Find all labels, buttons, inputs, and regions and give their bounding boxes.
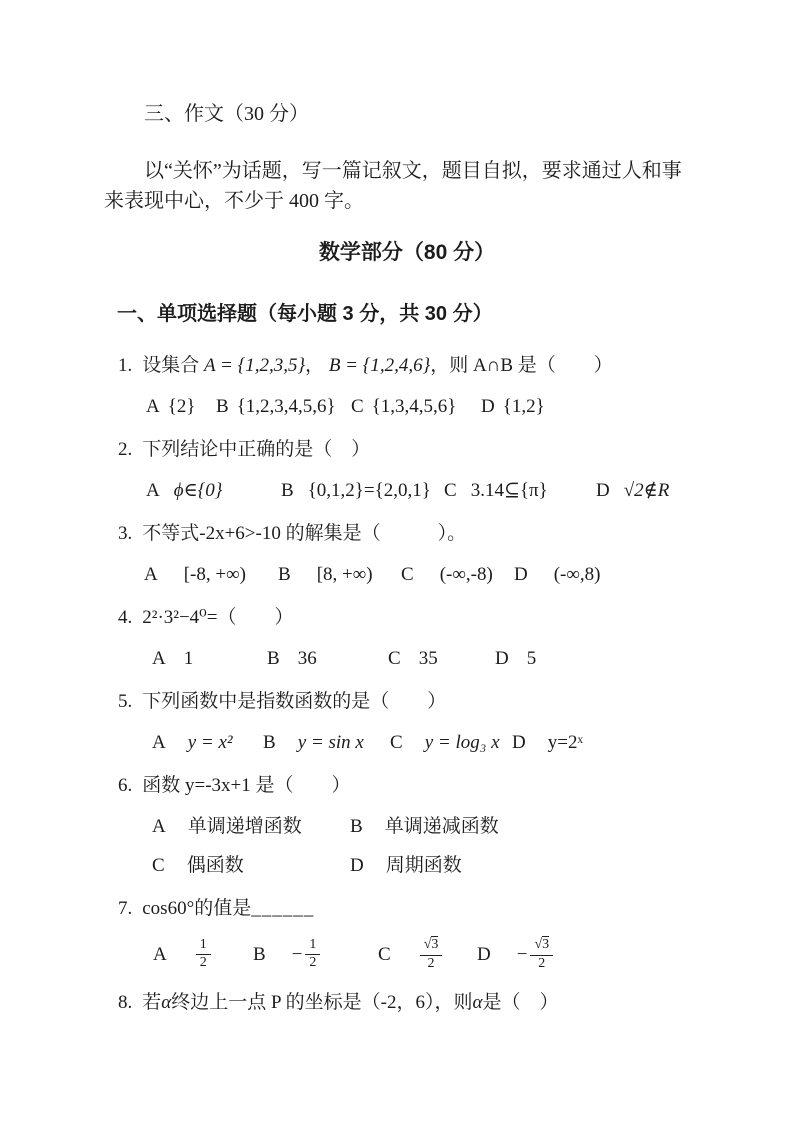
option-value: 5 (527, 645, 537, 672)
question-5-stem: 下列函数中是指数函数的是（ ） (142, 691, 446, 712)
question-1-option-a: A{2} (146, 393, 216, 420)
fraction-numerator: 1 (200, 937, 207, 954)
question-4-text: 4.2²·3²−4⁰=（ ） (118, 604, 710, 631)
question-5-option-d: Dy=2ˣ (512, 729, 583, 756)
question-5-number: 5. (118, 691, 132, 712)
question-5-option-a: Ay = x² (152, 729, 263, 756)
fraction: 12 (196, 937, 211, 973)
question-7-expression: cos60° (142, 898, 194, 919)
option-label: A (152, 645, 166, 672)
question-1: 1.设集合 A = {1,2,3,5}， B = {1,2,4,6}，则 A∩B… (118, 352, 710, 420)
question-6-options-row-2: C偶函数 D周期函数 (152, 852, 710, 879)
question-4-options: A1 B36 C35 D5 (152, 645, 710, 672)
fraction-denominator: 2 (200, 955, 207, 972)
exam-document-page: 三、作文（30 分） 以“关怀”为话题，写一篇记叙文，题目自拟，要求通过人和事 … (0, 0, 800, 1131)
question-8-post: 是（ ） (482, 992, 558, 1013)
question-5-text: 5.下列函数中是指数函数的是（ ） (118, 688, 710, 715)
question-7-post: 的值是 (194, 898, 251, 919)
multiple-choice-section-heading: 一、单项选择题（每小题 3 分，共 30 分） (117, 300, 710, 328)
option-value: y = x² (188, 729, 233, 756)
question-4-number: 4. (118, 607, 132, 628)
question-6-pre: 函数 (142, 775, 180, 796)
option-label: B (350, 813, 363, 840)
option-value: (-∞,8) (554, 561, 601, 588)
option-label: B (216, 393, 229, 420)
question-3-option-d: D(-∞,8) (514, 561, 601, 588)
question-4: 4.2²·3²−4⁰=（ ） A1 B36 C35 D5 (118, 604, 710, 672)
fraction: 12 (305, 937, 320, 973)
option-value: [8, +∞) (317, 561, 373, 588)
question-1-option-b: B{1,2,3,4,5,6} (216, 393, 351, 420)
option-value: {2} (168, 393, 196, 420)
question-1-set-a: A = {1,2,3,5} (204, 355, 305, 376)
question-5: 5.下列函数中是指数函数的是（ ） Ay = x² By = sin x Cy … (118, 688, 710, 756)
question-1-text: 1.设集合 A = {1,2,3,5}， B = {1,2,4,6}，则 A∩B… (118, 352, 710, 379)
option-value: 单调递减函数 (385, 813, 499, 840)
essay-prompt-line-2: 来表现中心，不少于 400 字。 (104, 186, 710, 216)
essay-prompt-paragraph: 以“关怀”为话题，写一篇记叙文，题目自拟，要求通过人和事 来表现中心，不少于 4… (104, 156, 710, 216)
option-value: {1,2} (503, 393, 545, 420)
fraction-sign: − (517, 941, 528, 968)
option-value: y=2ˣ (548, 729, 583, 756)
option-value: {0,1,2}={2,0,1} (308, 477, 431, 504)
option-label: D (512, 729, 526, 756)
option-value: 单调递增函数 (188, 813, 302, 840)
option-value: 周期函数 (386, 852, 462, 879)
question-8-number: 8. (118, 992, 132, 1013)
fraction: √32 (420, 936, 443, 973)
sqrt-symbol: √ (534, 937, 542, 954)
option-label: A (144, 561, 158, 588)
option-value: 1 (184, 645, 194, 672)
question-6-options-row-1: A单调递增函数 B单调递减函数 (152, 813, 710, 840)
question-2-number: 2. (118, 439, 132, 460)
option-label: C (378, 941, 391, 968)
question-6-option-a: A单调递增函数 (152, 813, 350, 840)
question-1-post: ，则 A∩B 是（ ） (430, 355, 613, 376)
question-4-option-a: A1 (152, 645, 267, 672)
question-8: 8.若α终边上一点 P 的坐标是（-2，6），则α是（ ） (118, 989, 710, 1016)
option-label: D (596, 477, 610, 504)
question-7-option-d: D−√32 (477, 936, 553, 973)
question-3-options: A[-8, +∞) B[8, +∞) C(-∞,-8) D(-∞,8) (144, 561, 710, 588)
option-label: A (153, 941, 167, 968)
question-5-options: Ay = x² By = sin x Cy = log₃ x Dy=2ˣ (152, 729, 710, 756)
question-3-option-c: C(-∞,-8) (401, 561, 514, 588)
question-4-expression: 2²·3²−4⁰= (142, 607, 217, 628)
option-label: C (152, 852, 165, 879)
option-value: √2∉R (624, 477, 670, 504)
question-2-option-d: D√2∉R (596, 477, 669, 504)
math-section-title: 数学部分（80 分） (104, 238, 710, 268)
option-label: A (146, 393, 160, 420)
question-6-option-d: D周期函数 (350, 852, 462, 879)
question-4-option-d: D5 (495, 645, 536, 672)
question-6: 6.函数 y=-3x+1 是（ ） A单调递增函数 B单调递减函数 C偶函数 D… (118, 772, 710, 879)
option-label: B (253, 941, 266, 968)
question-7-option-b: B−12 (253, 937, 378, 973)
question-1-sep: ， (305, 355, 324, 376)
option-value: {1,3,4,5,6} (372, 393, 457, 420)
option-value: 36 (298, 645, 317, 672)
fraction-numerator: 1 (309, 937, 316, 954)
question-2-options: Aϕ∈{0} B{0,1,2}={2,0,1} C3.14⊆{π} D√2∉R (146, 477, 710, 504)
question-3-text: 3.不等式-2x+6>-10 的解集是（ ）。 (118, 520, 710, 547)
question-3-stem: 不等式-2x+6>-10 的解集是（ ）。 (142, 523, 466, 544)
question-1-set-b: B = {1,2,4,6} (329, 355, 430, 376)
option-label: C (401, 561, 414, 588)
fraction-numerator: 3 (542, 936, 549, 954)
question-8-alpha: α (472, 992, 482, 1013)
question-1-number: 1. (118, 355, 132, 376)
question-7-answer-blank: ______ (251, 898, 314, 919)
fraction-denominator: 2 (538, 956, 545, 973)
question-4-option-c: C35 (388, 645, 495, 672)
option-label: D (350, 852, 364, 879)
question-6-text: 6.函数 y=-3x+1 是（ ） (118, 772, 710, 799)
question-2-option-c: C3.14⊆{π} (444, 477, 596, 504)
question-6-number: 6. (118, 775, 132, 796)
option-value: 35 (419, 645, 438, 672)
question-6-post: 是（ ） (256, 775, 351, 796)
question-2-option-b: B{0,1,2}={2,0,1} (281, 477, 444, 504)
fraction: √32 (530, 936, 553, 973)
option-label: C (388, 645, 401, 672)
option-value: {1,2,3,4,5,6} (237, 393, 336, 420)
option-label: C (390, 729, 403, 756)
option-value: ϕ∈{0} (174, 477, 223, 504)
question-6-expression: y=-3x+1 (185, 775, 251, 796)
question-7-option-a: A12 (153, 937, 253, 973)
question-8-alpha: α (161, 992, 171, 1013)
question-2: 2.下列结论中正确的是（ ） Aϕ∈{0} B{0,1,2}={2,0,1} C… (118, 436, 710, 504)
fraction-sign: − (292, 941, 303, 968)
fraction-numerator: 3 (431, 936, 438, 954)
option-label: D (495, 645, 509, 672)
question-7-option-c: C√32 (378, 936, 477, 973)
option-value: 3.14⊆{π} (471, 477, 548, 504)
essay-section-heading: 三、作文（30 分） (144, 100, 710, 128)
sqrt-symbol: √ (424, 937, 432, 954)
question-7: 7.cos60°的值是______ A12 B−12 C√32 D−√32 (118, 895, 710, 973)
question-8-pre: 若 (142, 992, 161, 1013)
question-7-text: 7.cos60°的值是______ (118, 895, 710, 922)
question-2-option-a: Aϕ∈{0} (146, 477, 281, 504)
question-7-number: 7. (118, 898, 132, 919)
question-2-stem: 下列结论中正确的是（ ） (142, 439, 370, 460)
option-value: y = log₃ x (425, 729, 500, 756)
fraction-denominator: 2 (309, 955, 316, 972)
question-4-answer-paren: （ ） (218, 607, 294, 628)
option-label: C (444, 477, 457, 504)
option-label: D (477, 941, 491, 968)
option-label: A (146, 477, 160, 504)
option-value: 偶函数 (187, 852, 244, 879)
option-label: A (152, 813, 166, 840)
essay-prompt-line-1: 以“关怀”为话题，写一篇记叙文，题目自拟，要求通过人和事 (104, 156, 710, 186)
question-1-options: A{2} B{1,2,3,4,5,6} C{1,3,4,5,6} D{1,2} (146, 393, 710, 420)
question-1-option-d: D{1,2} (481, 393, 545, 420)
option-value: y = sin x (298, 729, 364, 756)
question-3-option-a: A[-8, +∞) (144, 561, 278, 588)
option-label: B (278, 561, 291, 588)
question-4-option-b: B36 (267, 645, 388, 672)
option-label: D (514, 561, 528, 588)
question-1-pre: 设集合 (142, 355, 199, 376)
question-6-option-c: C偶函数 (152, 852, 350, 879)
option-value: (-∞,-8) (440, 561, 493, 588)
fraction-denominator: 2 (428, 956, 435, 973)
option-label: A (152, 729, 166, 756)
option-label: B (267, 645, 280, 672)
question-3-option-b: B[8, +∞) (278, 561, 401, 588)
question-7-options: A12 B−12 C√32 D−√32 (153, 936, 710, 973)
question-2-text: 2.下列结论中正确的是（ ） (118, 436, 710, 463)
option-label: D (481, 393, 495, 420)
option-label: C (351, 393, 364, 420)
question-3: 3.不等式-2x+6>-10 的解集是（ ）。 A[-8, +∞) B[8, +… (118, 520, 710, 588)
option-label: B (281, 477, 294, 504)
question-5-option-c: Cy = log₃ x (390, 729, 512, 756)
question-8-mid: 终边上一点 P 的坐标是（-2，6），则 (171, 992, 472, 1013)
option-value: [-8, +∞) (184, 561, 246, 588)
question-1-option-c: C{1,3,4,5,6} (351, 393, 481, 420)
question-6-option-b: B单调递减函数 (350, 813, 499, 840)
question-8-text: 8.若α终边上一点 P 的坐标是（-2，6），则α是（ ） (118, 989, 710, 1016)
question-3-number: 3. (118, 523, 132, 544)
option-label: B (263, 729, 276, 756)
question-5-option-b: By = sin x (263, 729, 390, 756)
